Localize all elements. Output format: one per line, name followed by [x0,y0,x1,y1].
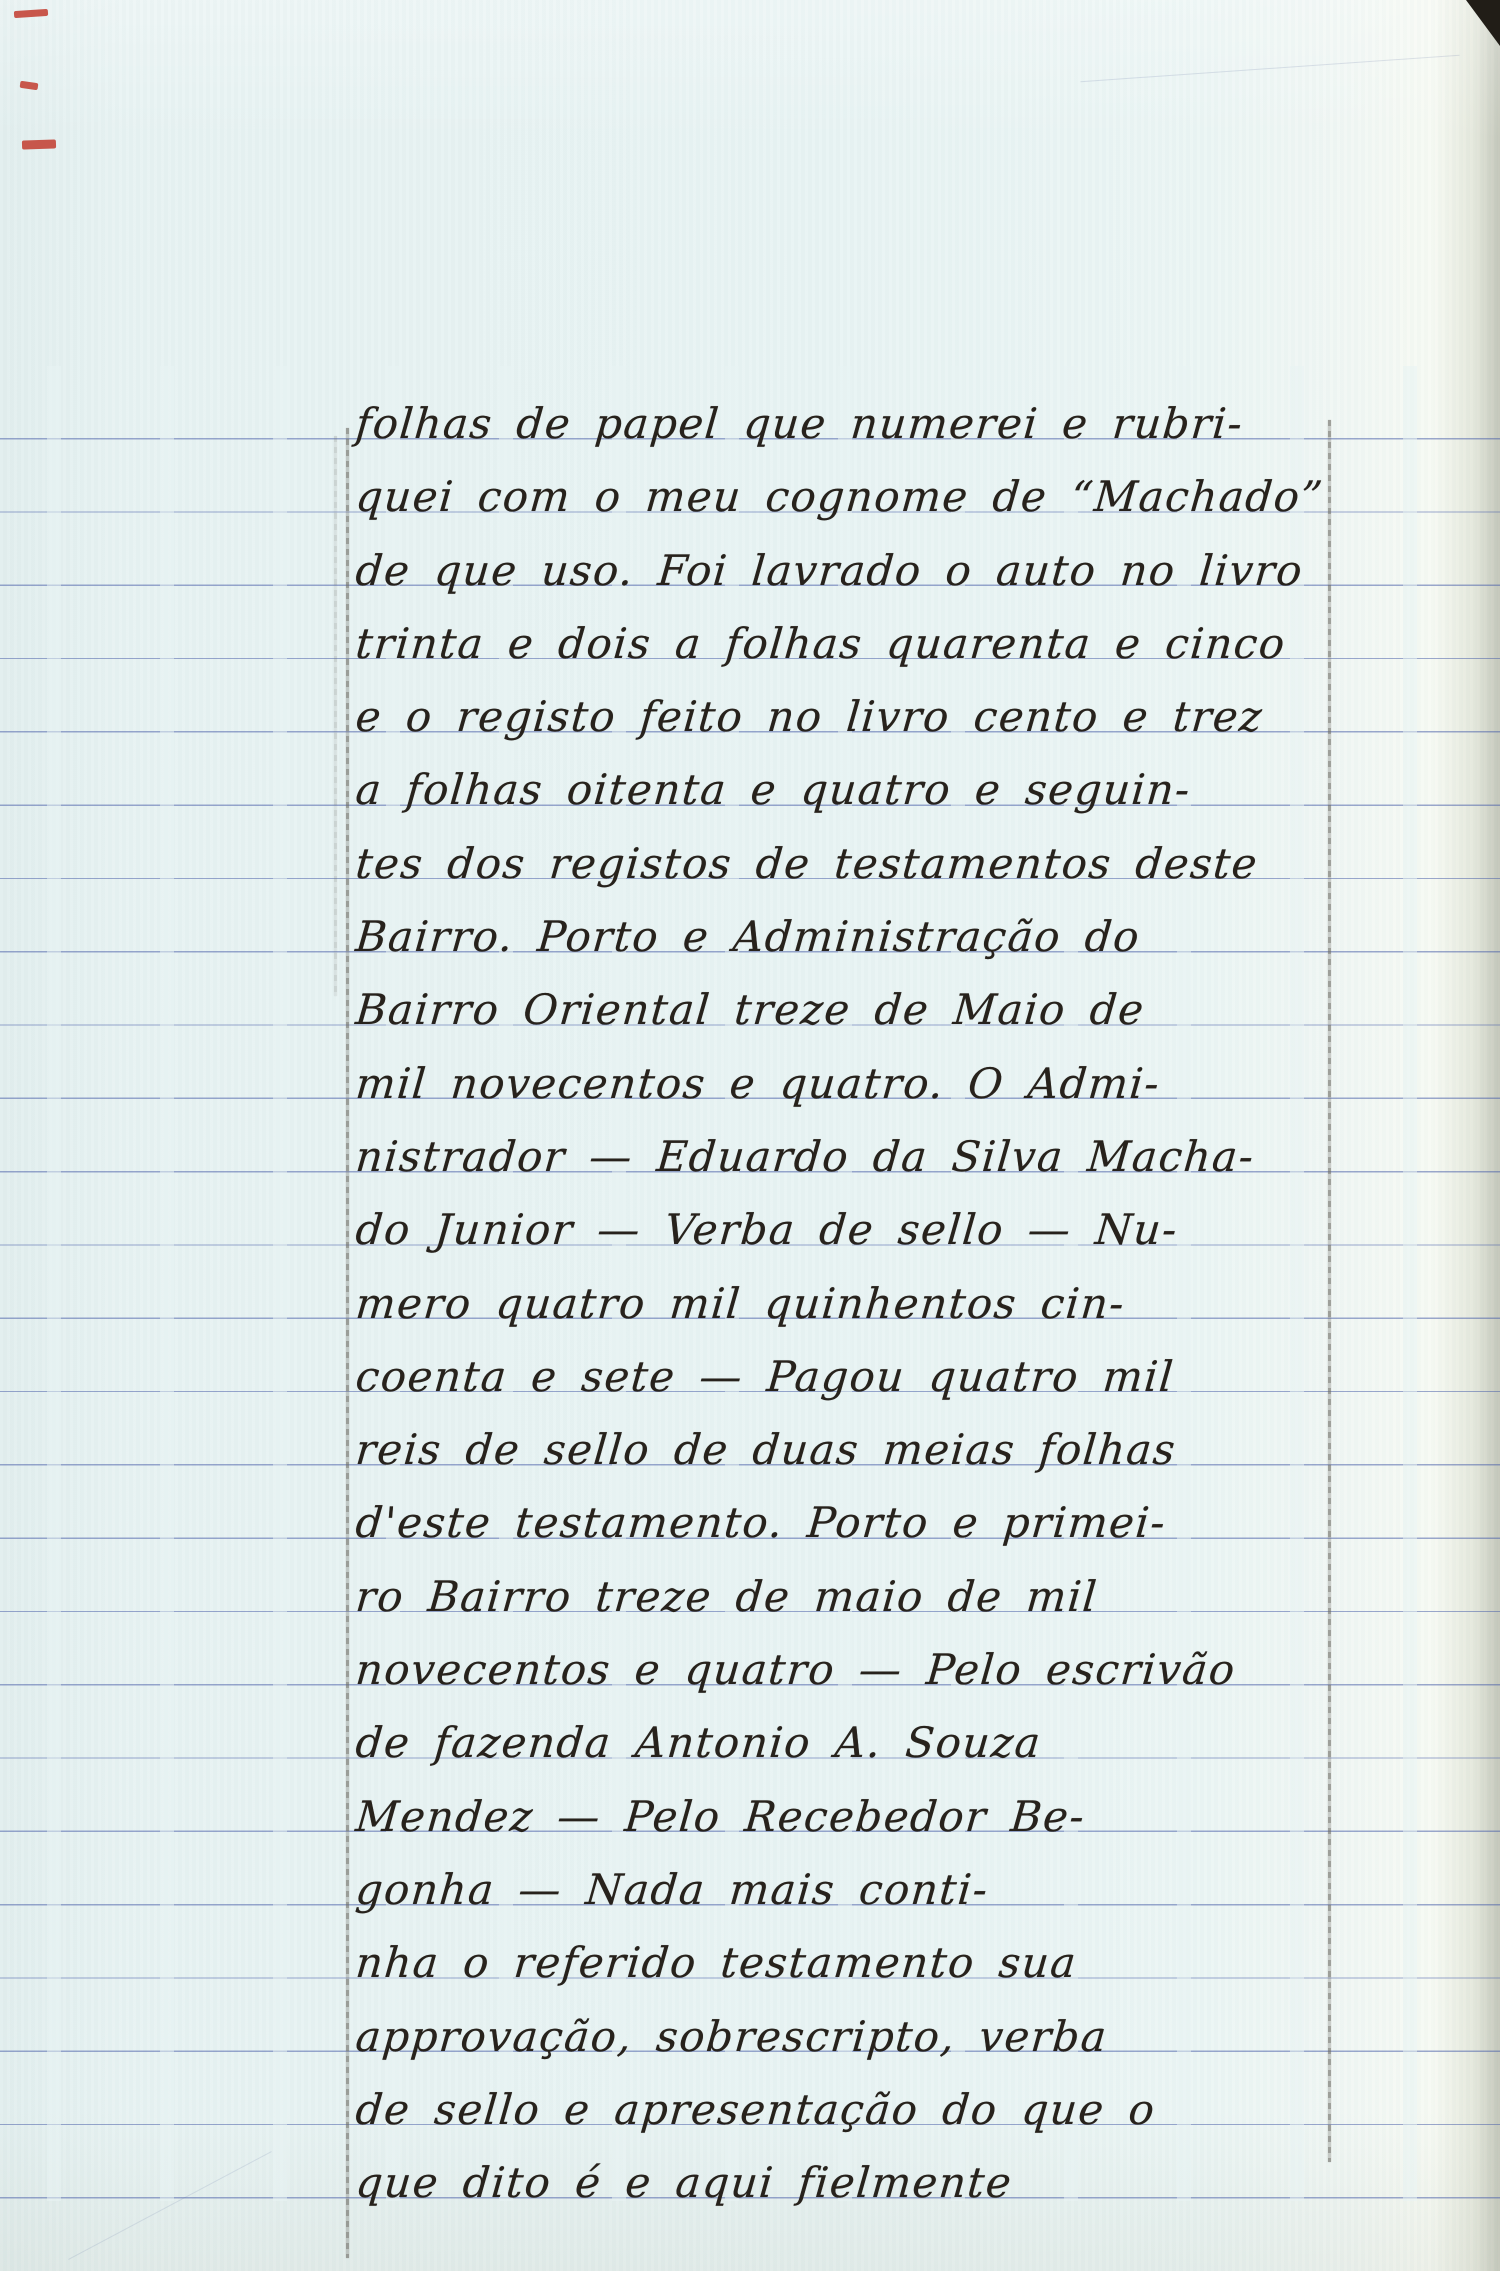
left-margin-line [346,428,349,2258]
manuscript-line: mil novecentos e quatro. O Admi- [353,1047,1359,1120]
manuscript-line: d'este testamento. Porto e primei- [353,1486,1359,1559]
manuscript-line: de que uso. Foi lavrado o auto no livro [353,534,1359,607]
red-pencil-mark [22,139,56,149]
manuscript-line: nistrador — Eduardo da Silva Macha- [353,1120,1359,1193]
left-margin-line-ghost [334,436,337,996]
manuscript-line: de fazenda Antonio A. Souza [353,1706,1359,1779]
manuscript-text: folhas de papel que numerei e rubri-quei… [354,387,1354,2219]
manuscript-line: reis de sello de duas meias folhas [353,1413,1359,1486]
manuscript-line: de sello e apresentação do que o [353,2073,1359,2146]
manuscript-line: mero quatro mil quinhentos cin- [353,1267,1359,1340]
manuscript-line: approvação, sobrescripto, verba [353,2000,1359,2073]
manuscript-line: e o registo feito no livro cento e trez [353,680,1359,753]
manuscript-line: novecentos e quatro — Pelo escrivão [353,1633,1359,1706]
manuscript-line: Bairro. Porto e Administração do [353,900,1359,973]
red-pencil-mark [20,81,39,90]
manuscript-page: folhas de papel que numerei e rubri-quei… [0,0,1500,2271]
manuscript-line: nha o referido testamento sua [353,1926,1359,1999]
red-pencil-mark [14,9,48,18]
manuscript-line: do Junior — Verba de sello — Nu- [353,1193,1359,1266]
manuscript-line: que dito é e aqui fielmente [353,2146,1359,2219]
manuscript-line: a folhas oitenta e quatro e seguin- [353,753,1359,826]
page-corner-shadow [1466,0,1500,46]
manuscript-line: Bairro Oriental treze de Maio de [353,973,1359,1046]
manuscript-line: folhas de papel que numerei e rubri- [353,387,1359,460]
manuscript-line: trinta e dois a folhas quarenta e cinco [353,607,1359,680]
manuscript-line: tes dos registos de testamentos deste [353,827,1359,900]
manuscript-line: Mendez — Pelo Recebedor Be- [353,1780,1359,1853]
manuscript-line: gonha — Nada mais conti- [353,1853,1359,1926]
manuscript-line: quei com o meu cognome de “Machado” [353,460,1359,533]
manuscript-line: coenta e sete — Pagou quatro mil [353,1340,1359,1413]
manuscript-line: ro Bairro treze de maio de mil [353,1560,1359,1633]
paper-crease [1080,55,1459,83]
